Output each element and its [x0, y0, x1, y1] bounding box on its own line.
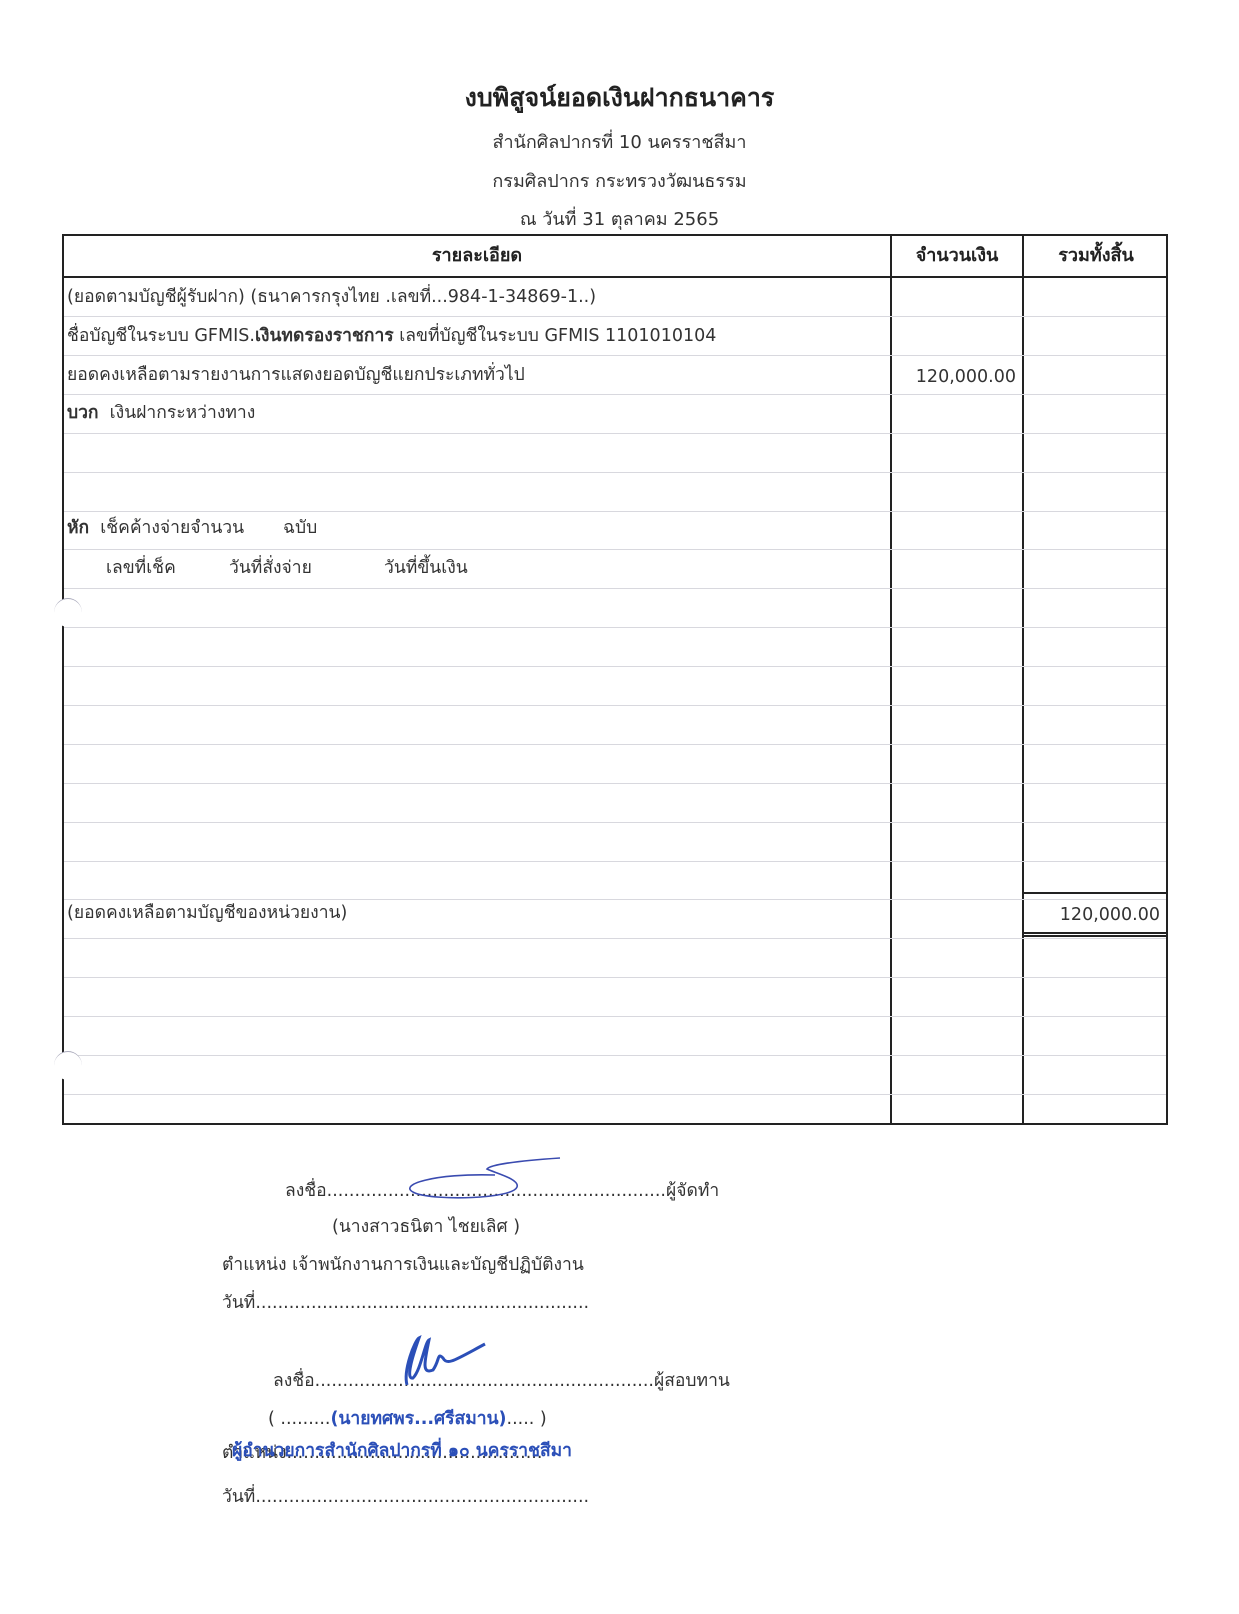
column-header-amount: จำนวนเงิน: [892, 236, 1022, 276]
reviewer-position-stamp: ผู้อำนวยการสำนักศิลปากรที่ ๑๐ นครราชสีมา: [232, 1436, 572, 1464]
add-row: บวก เงินฝากระหว่างทาง: [67, 394, 255, 433]
bank-account-row: (ยอดตามบัญชีผู้รับฝาก) (ธนาคารกรุงไทย .เ…: [67, 278, 596, 317]
row-rule: [64, 1055, 1166, 1056]
order-date-label: วันที่สั่งจ่าย: [229, 549, 312, 588]
gfmis-account-row: ชื่อบัญชีในระบบ GFMIS.เงินทดรองราชการ เล…: [67, 317, 716, 356]
reviewer-name-line: ( .........(นายทศพร...ศรีสมาน)..... ): [268, 1404, 547, 1432]
row-rule: [64, 822, 1166, 823]
row-rule: [64, 666, 1166, 667]
preparer-position: ตำแหน่ง เจ้าพนักงานการเงินและบัญชีปฏิบัต…: [222, 1250, 584, 1278]
reviewer-sign-line: ลงชื่อ..................................…: [273, 1366, 730, 1394]
total-double-rule: [1022, 932, 1166, 937]
reviewer-name: (นายทศพร...ศรีสมาน): [330, 1409, 506, 1429]
punch-hole: [54, 598, 82, 627]
row-rule: [64, 783, 1166, 784]
row-rule: [64, 977, 1166, 978]
row-rule: [64, 1016, 1166, 1017]
row-rule: [64, 861, 1166, 862]
cheque-number-label: เลขที่เช็ค: [106, 549, 176, 588]
cash-date-label: วันที่ขึ้นเงิน: [384, 549, 468, 588]
preparer-name: (นางสาวธนิตา ไชยเลิศ ): [332, 1212, 520, 1240]
preparer-date: วันที่..................................…: [222, 1288, 589, 1316]
column-header-details: รายละเอียด: [64, 236, 890, 276]
reviewer-date: วันที่..................................…: [222, 1482, 589, 1510]
row-rule: [64, 1094, 1166, 1095]
ledger-balance-amount: 120,000.00: [892, 358, 1016, 397]
reconciliation-table: รายละเอียด จำนวนเงิน รวมทั้งสิ้น (ยอดตาม…: [62, 234, 1168, 1125]
row-rule: [64, 472, 1166, 473]
row-rule: [64, 744, 1166, 745]
document-title: งบพิสูจน์ยอดเงินฝากธนาคาร: [0, 78, 1239, 118]
column-divider: [1022, 236, 1024, 1123]
department-name: กรมศิลปากร กระทรวงวัฒนธรรม: [0, 166, 1239, 195]
office-name: สำนักศิลปากรที่ 10 นครราชสีมา: [0, 127, 1239, 156]
ledger-balance-label: ยอดคงเหลือตามรายงานการแสดงยอดบัญชีแยกประ…: [67, 356, 525, 395]
punch-hole: [54, 1051, 82, 1080]
deduct-row: หัก เช็คค้างจ่ายจำนวน ฉบับ: [67, 509, 317, 548]
row-rule: [64, 627, 1166, 628]
row-rule: [64, 433, 1166, 434]
as-of-date: ณ วันที่ 31 ตุลาคม 2565: [0, 204, 1239, 233]
preparer-signature-icon: [395, 1155, 565, 1210]
row-rule: [64, 938, 1166, 939]
row-rule: [64, 705, 1166, 706]
unit-balance-total: 120,000.00: [1024, 896, 1160, 935]
reviewer-signature-icon: [385, 1330, 495, 1390]
unit-balance-label: (ยอดคงเหลือตามบัญชีของหน่วยงาน): [67, 894, 347, 933]
total-top-rule: [1022, 892, 1166, 894]
column-header-total: รวมทั้งสิ้น: [1024, 236, 1168, 276]
row-rule: [64, 588, 1166, 589]
